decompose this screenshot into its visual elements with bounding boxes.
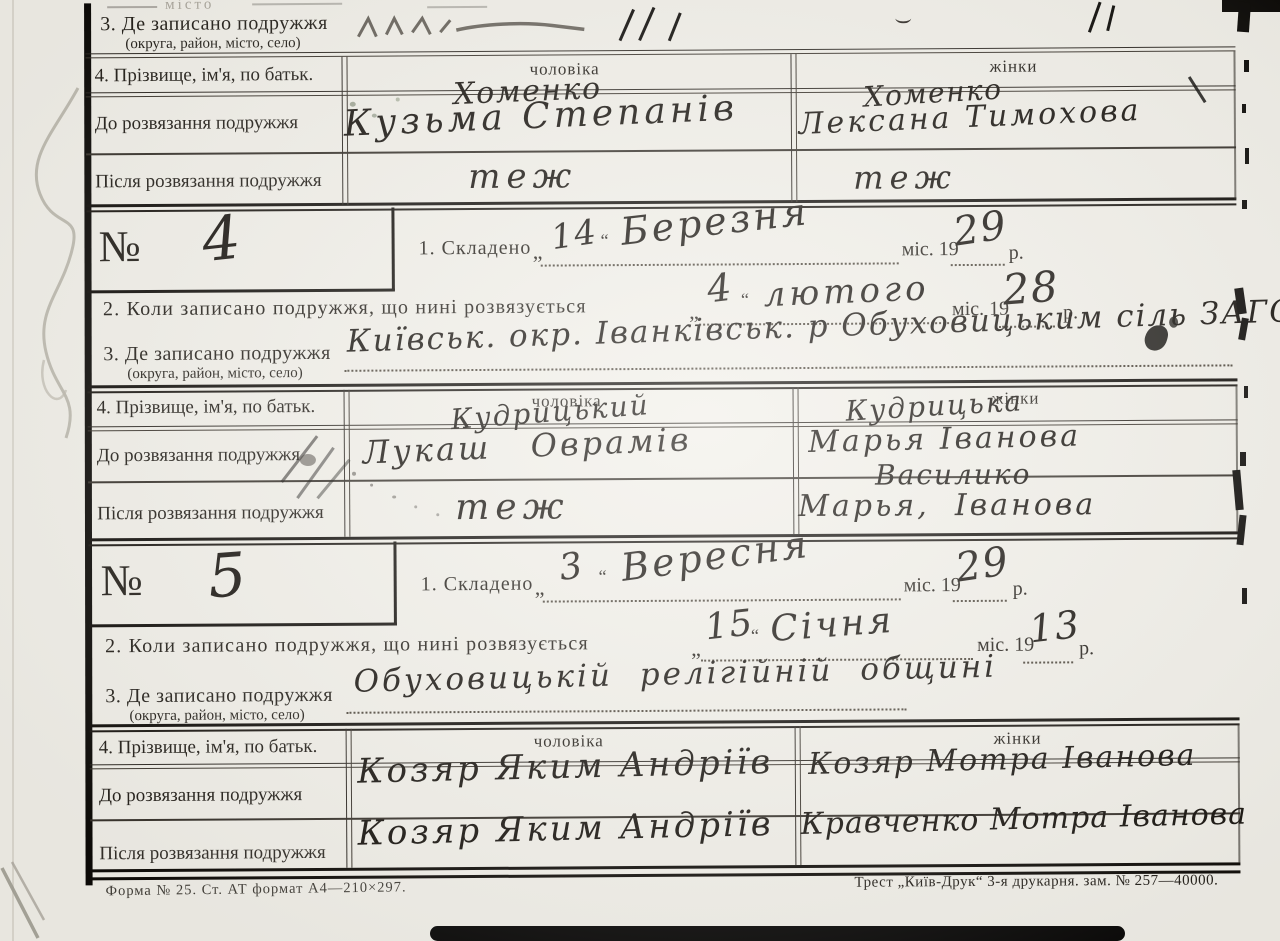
- footer-form-number: Форма № 25. Ст. АТ формат А4—210×297.: [105, 879, 406, 900]
- entry-number: 4: [198, 202, 245, 276]
- row-before-label: До розвязання подружжя: [95, 112, 298, 135]
- rule: [86, 146, 1236, 155]
- row-after-label: Після розвязання подружжя: [99, 842, 326, 865]
- torn-edge-mark: [1240, 452, 1246, 466]
- husband-name-before: Козяр Яким Андріїв: [357, 742, 774, 792]
- scan-bottom-band: [430, 926, 1125, 941]
- top-line3-label: 3. Де записано подружжя: [100, 12, 328, 36]
- close-quote: “: [741, 289, 749, 310]
- line1-month: Березня: [618, 189, 811, 254]
- torn-edge-mark: [1242, 104, 1246, 113]
- husband-after-ditto: теж: [455, 486, 570, 528]
- line2-year: 13: [1027, 602, 1083, 651]
- rule: [346, 729, 353, 868]
- line1-year: 29: [952, 538, 1012, 591]
- husband-name-before: Кузьма Степанів: [343, 88, 739, 145]
- rule: [1233, 51, 1236, 199]
- pen-cup-mark: [895, 12, 911, 23]
- fill-line: [951, 264, 1005, 266]
- rule: [790, 54, 797, 202]
- line1-month: Вересня: [618, 522, 812, 590]
- ink-blot: [1169, 317, 1178, 328]
- year-suffix: р.: [1013, 578, 1028, 601]
- wife-surname-after: Василико: [875, 458, 1032, 492]
- torn-edge-mark: [1245, 148, 1249, 164]
- torn-edge-mark: [1237, 2, 1251, 33]
- fill-line: [1023, 661, 1073, 663]
- number-box-bottom-border: [87, 288, 395, 293]
- row-before-label: До розвязання подружжя: [97, 444, 300, 467]
- open-quote: „: [535, 575, 545, 601]
- footer-printer-imprint: Трест „Київ-Друк“ 3-я друкарня. зам. № 2…: [854, 872, 1218, 891]
- number-box-right-border: [393, 541, 397, 625]
- wife-name-before: Козяр Мотра Іванова: [808, 738, 1197, 782]
- close-quote: “: [599, 566, 607, 587]
- torn-edge-mark: [1244, 386, 1248, 398]
- entry-number: 5: [205, 540, 250, 613]
- wife-name-before: Лексана Тимохова: [798, 93, 1142, 142]
- number-box-bottom-border: [89, 622, 397, 627]
- close-quote: “: [601, 230, 609, 251]
- top-line3-sublabel: (округа, район, місто, село): [125, 35, 300, 53]
- ink-speck: [414, 505, 417, 508]
- pen-slash: [668, 12, 681, 41]
- torn-edge-mark: [1242, 200, 1247, 209]
- fill-line: [543, 598, 901, 602]
- row-after-label: Після розвязання подружжя: [95, 170, 322, 193]
- row-after-label: Після розвязання подружжя: [97, 502, 324, 525]
- pen-slash: [1106, 5, 1115, 31]
- ink-speck: [352, 472, 356, 476]
- line2-day: 4: [705, 265, 735, 312]
- husband-after-ditto: теж: [468, 156, 577, 197]
- fill-line: [953, 600, 1007, 602]
- line1-label: 1. Складено: [421, 573, 534, 597]
- no-sign: №: [98, 221, 140, 272]
- row4-label: 4. Прізвище, ім'я, по батьк.: [95, 64, 314, 87]
- husband-name-after: Козяр Яким Андріїв: [357, 804, 774, 854]
- line1-day: 3: [556, 545, 586, 589]
- ink-speck: [370, 484, 373, 487]
- rule: [88, 474, 1238, 483]
- mis19-label: міс. 19: [902, 238, 959, 261]
- torn-edge-mark: [1244, 60, 1249, 72]
- no-sign: №: [101, 555, 143, 606]
- faint-handwriting-strokes: [352, 5, 592, 46]
- line2-day: 15: [703, 602, 756, 648]
- ink-speck: [436, 513, 439, 516]
- fill-line: [346, 708, 906, 713]
- line2-label: 2. Коли записано подружжя, що нині розвя…: [105, 632, 589, 658]
- row4-label: 4. Прізвище, ім'я, по батьк.: [99, 736, 318, 759]
- row4-label: 4. Прізвище, ім'я, по батьк.: [97, 396, 316, 419]
- wife-name-after: Марья, Іванова: [798, 487, 1096, 524]
- wife-name-before: Марья Іванова: [808, 419, 1082, 460]
- rule: [1238, 723, 1241, 862]
- line1-year: 29: [950, 202, 1010, 255]
- line3-label: 3. Де записано подружжя: [103, 342, 331, 366]
- line3-sublabel: (округа, район, місто, село): [127, 365, 302, 383]
- ink-speck: [300, 454, 316, 466]
- line2-month: Січня: [769, 600, 896, 650]
- top-partial-row: місто 3. Де записано подружжя (округа, р…: [0, 0, 1277, 4]
- form-left-border: [84, 3, 93, 885]
- line1-label: 1. Складено: [419, 237, 532, 261]
- pen-slash: [619, 9, 635, 41]
- remnant-dash: [252, 3, 342, 5]
- mis19-label: міс. 19: [904, 574, 961, 597]
- wife-after-ditto: теж: [853, 158, 957, 197]
- year-suffix: р.: [1009, 242, 1024, 265]
- torn-edge-mark: [1242, 588, 1247, 604]
- line1-day: 14: [548, 212, 600, 258]
- pen-slash: [1088, 2, 1102, 33]
- open-quote: „: [533, 239, 543, 265]
- ink-speck: [392, 495, 396, 498]
- remnant-dash: [107, 6, 157, 8]
- scanned-registry-form: місто 3. Де записано подружжя (округа, р…: [0, 0, 1280, 941]
- row-before-label: До розвязання подружжя: [99, 784, 302, 807]
- fill-line: [344, 364, 1232, 371]
- line3-label: 3. Де записано подружжя: [105, 684, 333, 708]
- rule: [795, 726, 802, 865]
- pen-slash: [638, 7, 655, 41]
- line3-where-value: Обуховицькій релігійній общині: [353, 649, 997, 700]
- wife-name-after: Кравченко Мотра Іванова: [800, 797, 1247, 843]
- number-box-right-border: [391, 207, 395, 290]
